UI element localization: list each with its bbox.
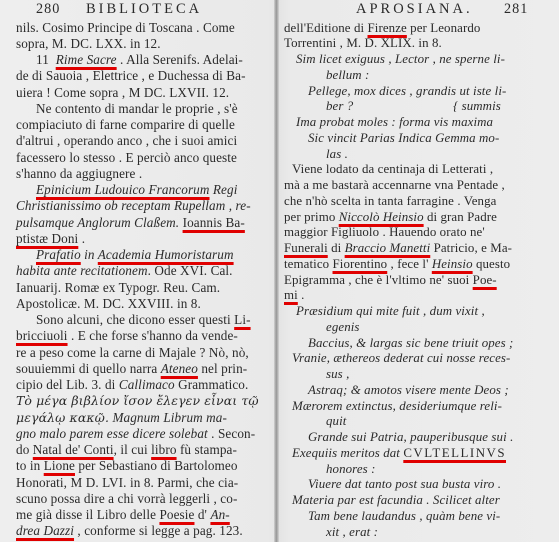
text-line: Funerali di Braccio Manetti Patricio, e … [284, 240, 512, 256]
text-segment: che n'hò scelta in tanta farragine . Ven… [284, 194, 496, 208]
text-segment: per Leonardo [407, 21, 481, 35]
text-line: me già disse il Libro delle Poesie d' An… [16, 507, 230, 523]
text-line: μεγάλῳ κακῷ. Magnum Librum ma- [16, 410, 227, 426]
text-segment: tematico [284, 257, 333, 271]
text-line: souuiemmi di quello narra Ateneo nel pri… [16, 361, 247, 377]
text-segment: dell'Editione di [284, 21, 368, 35]
underlined-term: Braccio Manetti [345, 241, 431, 255]
text-segment: . [78, 231, 85, 246]
text-segment: sopra, M. DC. LXX. in 12. [16, 36, 161, 51]
text-segment: Sic vincit Parias Indica Gemma mo- [308, 131, 499, 145]
text-line: sopra, M. DC. LXX. in 12. [16, 36, 161, 52]
text-line: Vranie, æthereos dederat cui nosse reces… [292, 350, 510, 366]
text-line: Baccius, & largas sic bene triuit opes ; [308, 335, 513, 351]
running-header-left: 280 BIBLIOTECA [36, 0, 202, 19]
text-segment: fù stampa- [177, 442, 237, 457]
text-segment: questo [473, 257, 511, 271]
right-page: APROSIANA. 281 dell'Editione di Firenze … [282, 0, 559, 542]
text-segment: Regi [210, 182, 238, 197]
text-segment: di [328, 241, 345, 255]
running-head-left: BIBLIOTECA [86, 1, 202, 17]
underlined-term: Ioannis Ba- [183, 215, 245, 230]
text-segment: cipio del Lib. 3. di [16, 377, 119, 392]
text-line: egenis [326, 319, 360, 335]
page-number-right: 281 [504, 0, 528, 19]
text-line: Viuere dat tanto post sua busta viro . [308, 476, 501, 492]
text-segment: Viuere dat tanto post sua busta viro . [308, 477, 501, 491]
text-segment: nel prin- [198, 361, 247, 376]
text-segment: re a peso come la carne di Majale ? Nò, … [16, 345, 249, 360]
text-line: 11 Rime Sacre . Alla Serenifs. Adelai- [36, 52, 243, 68]
text-segment: Tam bene laudandus , quàm bene vi- [308, 509, 500, 523]
text-line: Viene lodato da centinaja di Letterati , [292, 161, 493, 177]
text-segment: Christianissimo ob receptam Rupellam , r… [16, 198, 251, 213]
text-segment: , fece l' [387, 257, 432, 271]
text-line: Sono alcuni, che dicono esser questi Li- [36, 312, 251, 328]
text-line: s'hanno da aggiugnere . [16, 166, 142, 182]
text-line: dell'Editione di Firenze per Leonardo [284, 20, 480, 36]
underlined-term: Firenze [368, 21, 407, 35]
text-line: do Natal de' Conti, il cui libro fù stam… [16, 442, 237, 458]
text-segment: to in [16, 458, 44, 473]
text-segment: mà a me bastarà accennarne vna Pentade , [284, 178, 505, 192]
text-line: quit [326, 413, 346, 429]
text-segment: souuiemmi di quello narra [16, 361, 161, 376]
underlined-term: Lione [44, 458, 75, 473]
text-segment: . [298, 288, 305, 302]
text-line: mà a me bastarà accennarne vna Pentade , [284, 177, 505, 193]
text-line: Ianuarij. Romæ ex Typogr. Reu. Cam. [16, 280, 220, 296]
text-segment: . Ode XVI. Cal. [148, 263, 233, 278]
page-gutter [274, 0, 279, 542]
running-header-right: APROSIANA. 281 [282, 0, 547, 19]
running-head-right: APROSIANA. [356, 0, 473, 19]
text-segment: gno malo parem esse dicere solebat [16, 426, 208, 441]
underlined-term: Fiorentino [333, 257, 388, 271]
text-segment: d' [194, 507, 210, 522]
text-line: nils. Cosimo Principe di Toscana . Come [16, 20, 235, 36]
text-line: drea Dazzi , conforme si legge a pag. 12… [16, 523, 243, 539]
underlined-term: bricciuoli [16, 328, 68, 343]
text-line: Tam bene laudandus , quàm bene vi- [308, 508, 500, 524]
text-segment: Torrentini , M. D. XLIX. in 8. [284, 36, 442, 50]
text-segment: , il cui [114, 442, 152, 457]
text-line: scuno possa dire a chi vorrà leggerli , … [16, 491, 237, 507]
text-line: Exequiis meritos dat CVLTELLINVS [292, 445, 506, 461]
underlined-term: Prafatio [36, 247, 81, 262]
underlined-term: drea Dazzi [16, 523, 74, 538]
text-segment: Callimaco [119, 377, 175, 392]
text-segment: Materia par est facundia . Scilicet alte… [292, 493, 500, 507]
text-segment: d'altrui , operando anco , che i suoi am… [16, 133, 237, 148]
book-spread: 280 BIBLIOTECA nils. Cosimo Principe di … [0, 0, 559, 542]
text-line: xit , erat : [326, 524, 378, 540]
text-segment: las . [326, 147, 348, 161]
text-line: Apostolicæ. M. DC. XXVIII. in 8. [16, 296, 201, 312]
text-segment: maggior Figliuolo . Hauendo orato ne' [284, 225, 485, 239]
underlined-term: Natal de' Conti [33, 442, 114, 457]
text-line: mi . [284, 287, 304, 303]
underlined-term: mi [284, 288, 298, 302]
text-segment: nils. Cosimo Principe di Toscana . Come [16, 20, 235, 35]
text-segment: do [16, 442, 33, 457]
text-line: habita ante recitationem. Ode XVI. Cal. [16, 263, 233, 279]
text-line: pulsamque Anglorum Claßem. Ioannis Ba- [16, 215, 245, 231]
text-segment: Magnum Librum ma- [109, 410, 227, 425]
text-line: re a peso come la carne di Majale ? Nò, … [16, 345, 249, 361]
underlined-term: Ateneo [161, 361, 198, 376]
text-line: honores : [326, 461, 375, 477]
text-segment: Sono alcuni, che dicono esser questi [36, 312, 234, 327]
text-segment: egenis [326, 320, 360, 334]
text-line: che n'hò scelta in tanta farragine . Ven… [284, 193, 496, 209]
text-segment: bellum : [326, 68, 369, 82]
text-line: bricciuoli . E che forse s'hanno da vend… [16, 328, 238, 344]
text-segment: Honorati, M D. LVI. in 8. Parmi, che cia… [16, 475, 238, 490]
text-line: cipio del Lib. 3. di Callimaco Grammatic… [16, 377, 248, 393]
text-segment: quit [326, 414, 346, 428]
underlined-term: Niccolò Heinsio [339, 210, 424, 224]
underlined-term: Rime Sacre [56, 52, 117, 67]
text-line: compiaciuto di farne comparire di quelle [16, 117, 235, 133]
text-line: Grande sui Patria, pauperibusque sui . [308, 429, 513, 445]
underlined-term: Heinsio [432, 257, 473, 271]
text-line: Ne contento di mandar le proprie , s'è [36, 101, 238, 117]
text-line: Astraq; & amotos visere mente Deos ; [308, 382, 509, 398]
text-segment: Grande sui Patria, pauperibusque sui . [308, 430, 513, 444]
text-segment: habita ante recitationem [16, 263, 148, 278]
text-segment: Apostolicæ. M. DC. XXVIII. in 8. [16, 296, 201, 311]
text-line: Torrentini , M. D. XLIX. in 8. [284, 35, 442, 51]
text-segment: Grammatico. [175, 377, 249, 392]
underlined-term: Poe- [473, 273, 497, 287]
text-segment: Sim licet exiguus , Lector , ne sperne l… [296, 52, 505, 66]
text-line: Præsidium qui mite fuit , dum vixit , [296, 303, 485, 319]
text-segment: scuno possa dire a chi vorrà leggerli , … [16, 491, 237, 506]
text-segment: sus , [326, 367, 349, 381]
text-segment: honores : [326, 462, 375, 476]
underlined-term: libro [151, 442, 176, 457]
text-segment: in [81, 247, 98, 262]
text-segment: xit , erat : [326, 525, 378, 539]
underlined-term: CVLTELLINVS [403, 446, 506, 460]
text-segment: Epigramma , che è l'vltimo ne' suoi [284, 273, 473, 287]
text-line: Τὸ μέγα βιβλίον ἴσον ἔλεγεν εἶναι τῷ [16, 393, 259, 409]
text-segment: . E che forse s'hanno da vende- [68, 328, 238, 343]
text-line: maggior Figliuolo . Hauendo orato ne' [284, 224, 485, 240]
text-segment: facessero lo stesso . E perciò anco ques… [16, 150, 237, 165]
text-segment: . Secon- [208, 426, 255, 441]
text-line: Mærorem extinctus, desideriumque reli- [292, 398, 502, 414]
text-line: ptistæ Doni . [16, 231, 85, 247]
text-line: to in Lione per Sebastiano di Bartolomeo [16, 458, 238, 474]
text-line: tematico Fiorentino , fece l' Heinsio qu… [284, 256, 510, 272]
text-segment: Mærorem extinctus, desideriumque reli- [292, 399, 502, 413]
text-line: Sic vincit Parias Indica Gemma mo- [308, 130, 499, 146]
text-segment: 11 [36, 52, 56, 67]
underlined-term: Epinicium Ludouico Francorum [36, 182, 210, 197]
text-segment: Τὸ μέγα βιβλίον ἴσον ἔλεγεν εἶναι τῷ [16, 393, 259, 408]
text-line: de di Sauoia , Elettrice , e Duchessa di… [16, 68, 246, 84]
underlined-term: Funerali [284, 241, 328, 255]
text-line: Pellege, mox dices , grandis ut iste li- [308, 83, 506, 99]
text-line: Epigramma , che è l'vltimo ne' suoi Poe- [284, 272, 497, 288]
text-segment: ber ? [326, 99, 353, 113]
text-segment: Vranie, æthereos dederat cui nosse reces… [292, 351, 510, 365]
text-line: Prafatio in Academia Humoristarum [36, 247, 234, 263]
text-line: Materia par est facundia . Scilicet alte… [292, 492, 500, 508]
text-line: sus , [326, 366, 349, 382]
text-segment: Exequiis meritos dat [292, 446, 403, 460]
text-segment: uiera ! Come sopra , M DC. LXVII. 12. [16, 85, 229, 100]
text-line: facessero lo stesso . E perciò anco ques… [16, 150, 237, 166]
text-line: Christianissimo ob receptam Rupellam , r… [16, 198, 251, 214]
text-segment: Pellege, mox dices , grandis ut iste li- [308, 84, 506, 98]
text-line: gno malo parem esse dicere solebat . Sec… [16, 426, 255, 442]
underlined-term: Poesie [159, 507, 194, 522]
text-segment: me già disse il Libro delle [16, 507, 159, 522]
text-segment: Ne contento di mandar le proprie , s'è [36, 101, 238, 116]
text-segment: Præsidium qui mite fuit , dum vixit , [296, 304, 485, 318]
underlined-term: An- [210, 507, 229, 522]
text-line: Sim licet exiguus , Lector , ne sperne l… [296, 51, 505, 67]
text-line: las . [326, 146, 348, 162]
underlined-term: Academia Humoristarum [98, 247, 234, 262]
text-line: bellum : [326, 67, 369, 83]
text-line: Ima probat moles : forma vis maxima [296, 114, 493, 130]
text-segment: s'hanno da aggiugnere . [16, 166, 142, 181]
text-segment: pulsamque Anglorum Claßem. [16, 215, 183, 230]
underlined-term: ptistæ Doni [16, 231, 78, 246]
text-segment: per primo [284, 210, 339, 224]
text-segment: , conforme si legge a pag. 123. [74, 523, 243, 538]
left-page: 280 BIBLIOTECA nils. Cosimo Principe di … [0, 0, 272, 542]
text-segment: di gran Padre [424, 210, 497, 224]
text-segment: Baccius, & largas sic bene triuit opes ; [308, 336, 513, 350]
text-segment: Ima probat moles : forma vis maxima [296, 115, 493, 129]
text-line: Honorati, M D. LVI. in 8. Parmi, che cia… [16, 475, 238, 491]
text-segment: per Sebastiano di Bartolomeo [75, 458, 238, 473]
text-segment: μεγάλῳ κακῷ. [16, 410, 109, 425]
text-line: per primo Niccolò Heinsio di gran Padre [284, 209, 497, 225]
page-number-left: 280 [36, 1, 60, 17]
text-segment: Ianuarij. Romæ ex Typogr. Reu. Cam. [16, 280, 220, 295]
text-line: uiera ! Come sopra , M DC. LXVII. 12. [16, 85, 229, 101]
text-line: d'altrui , operando anco , che i suoi am… [16, 133, 237, 149]
text-segment: compiaciuto di farne comparire di quelle [16, 117, 235, 132]
text-segment: Astraq; & amotos visere mente Deos ; [308, 383, 509, 397]
text-line: Epinicium Ludouico Francorum Regi [36, 182, 237, 198]
text-segment: Viene lodato da centinaja di Letterati , [292, 162, 493, 176]
text-segment: Patricio, e Ma- [430, 241, 512, 255]
text-segment: { summis [353, 99, 501, 113]
text-segment: de di Sauoia , Elettrice , e Duchessa di… [16, 68, 246, 83]
text-line: ber ? { summis [326, 98, 501, 114]
underlined-term: Li- [234, 312, 250, 327]
text-segment: . Alla Serenifs. Adelai- [117, 52, 243, 67]
